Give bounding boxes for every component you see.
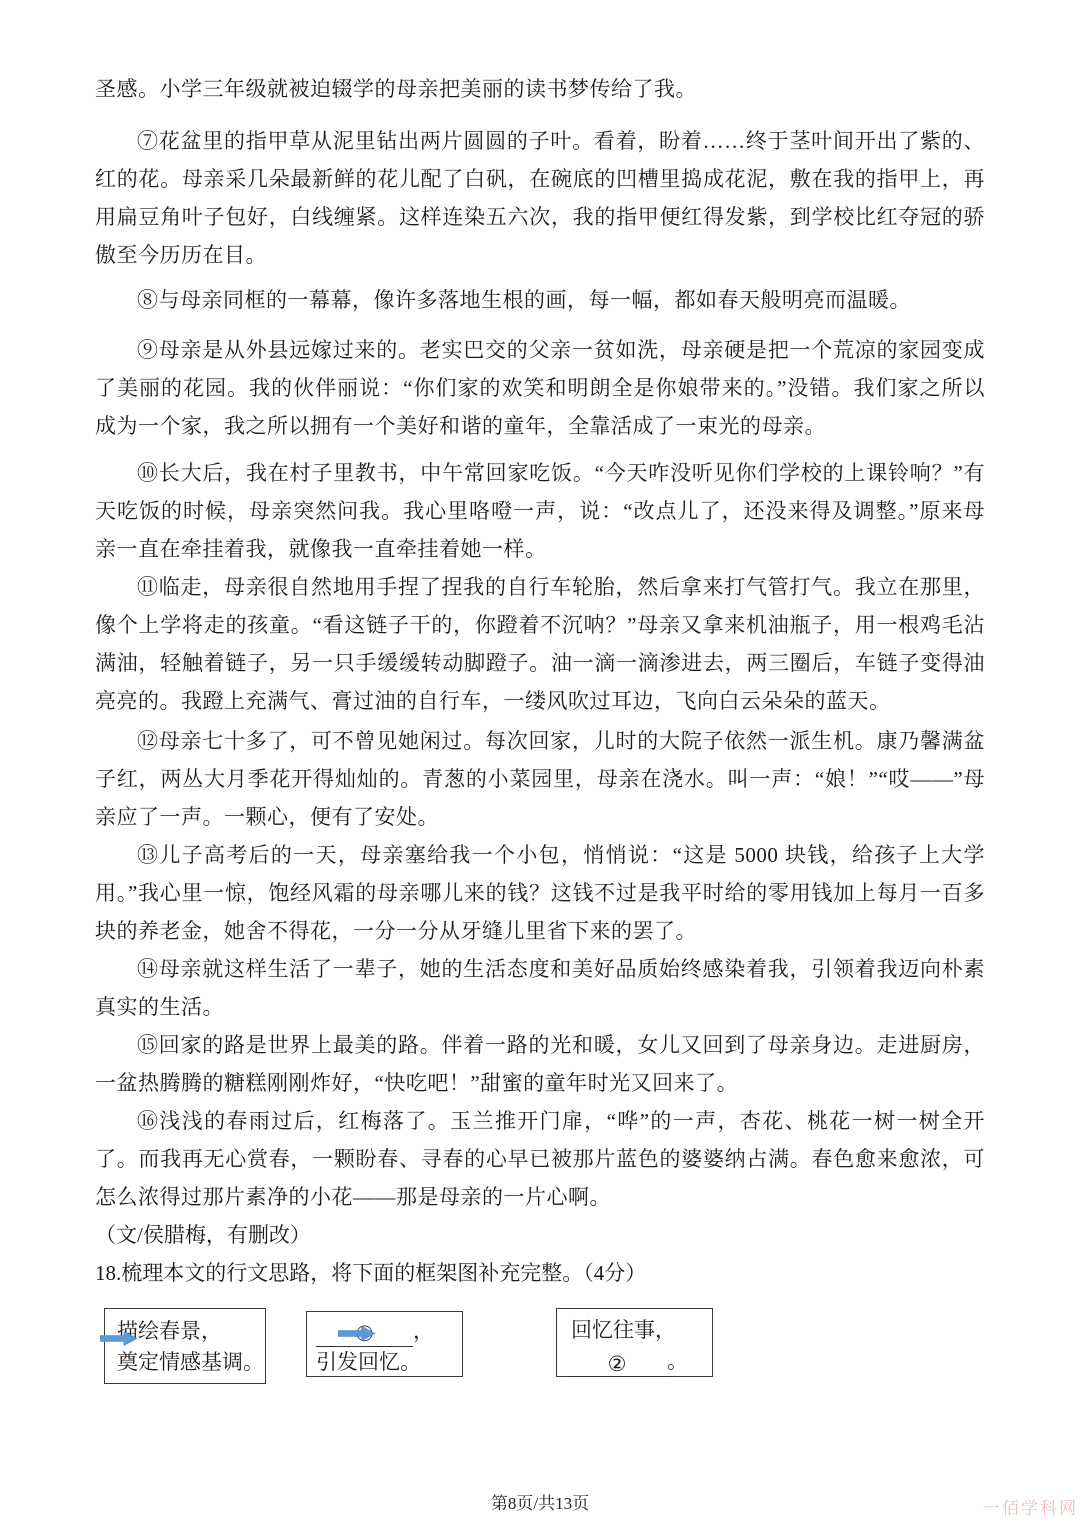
question-18: 18.梳理本文的行文思路，将下面的框架图补充完整。（4分） xyxy=(95,1254,985,1292)
flow-box-3-period: 。 xyxy=(667,1349,688,1373)
paragraph-8: ⑧与母亲同框的一幕幕，像许多落地生根的画，每一幅，都如春天般明亮而温暖。 xyxy=(95,281,985,319)
flow-box-2-line-2: 引发回忆。 xyxy=(316,1347,462,1378)
answer-blank-2: ② xyxy=(567,1351,667,1377)
flow-box-blank-2: 回忆往事， ②。 xyxy=(556,1308,713,1377)
watermark: 一佰学科网 xyxy=(983,1494,1078,1519)
circled-2-label: ② xyxy=(608,1352,627,1376)
flow-box-2-comma: ， xyxy=(413,1319,434,1343)
paragraph-9: ⑨母亲是从外县远嫁过来的。老实巴交的父亲一贫如洗，母亲硬是把一个荒凉的家园变成了… xyxy=(95,331,985,445)
paragraph-13: ⑬儿子高考后的一天，母亲塞给我一个小包，悄悄说：“这是 5000 块钱，给孩子上… xyxy=(95,836,985,950)
right-arrow-icon xyxy=(100,1331,138,1346)
flowchart-diagram: 描绘春景， 奠定情感基调。 ①， 引发回忆。 回忆往事， ②。 xyxy=(95,1296,985,1406)
flow-box-1-line-2: 奠定情感基调。 xyxy=(117,1347,265,1378)
exam-page: 圣感。小学三年级就被迫辍学的母亲把美丽的读书梦传给了我。 ⑦花盆里的指甲草从泥里… xyxy=(0,0,1080,1527)
paragraph-11: ⑪临走，母亲很自然地用手捏了捏我的自行车轮胎，然后拿来打气管打气。我立在那里，像… xyxy=(95,568,985,720)
flow-box-3-line-1: 回忆往事， xyxy=(571,1315,712,1346)
flow-box-1-line-1: 描绘春景， xyxy=(117,1316,265,1347)
paragraph-15: ⑮回家的路是世界上最美的路。伴着一路的光和暖，女儿又回到了母亲身边。走进厨房，一… xyxy=(95,1026,985,1102)
flow-box-spring-scene: 描绘春景， 奠定情感基调。 xyxy=(104,1308,266,1384)
paragraph-16: ⑯浅浅的春雨过后，红梅落了。玉兰推开门扉，“哗”的一声，杏花、桃花一树一树全开了… xyxy=(95,1102,985,1216)
flow-box-3-line-2: ②。 xyxy=(571,1346,712,1377)
paragraph-10: ⑩长大后，我在村子里教书，中午常回家吃饭。“今天咋没听见你们学校的上课铃响？”有… xyxy=(95,454,985,568)
author-attribution: （文/侯腊梅，有删改） xyxy=(95,1216,985,1254)
page-number: 第8页/共13页 xyxy=(0,1489,1080,1514)
paragraph-12: ⑫母亲七十多了，可不曾见她闲过。每次回家，儿时的大院子依然一派生机。康乃馨满盆子… xyxy=(95,722,985,836)
paragraph-continuation: 圣感。小学三年级就被迫辍学的母亲把美丽的读书梦传给了我。 xyxy=(95,70,985,108)
passage-content: 圣感。小学三年级就被迫辍学的母亲把美丽的读书梦传给了我。 ⑦花盆里的指甲草从泥里… xyxy=(95,70,985,1406)
flow-box-blank-1: ①， 引发回忆。 xyxy=(306,1311,463,1377)
paragraph-7: ⑦花盆里的指甲草从泥里钻出两片圆圆的子叶。看着，盼着……终于茎叶间开出了紫的、红… xyxy=(95,122,985,274)
right-arrow-icon xyxy=(338,1326,376,1341)
paragraph-14: ⑭母亲就这样生活了一辈子，她的生活态度和美好品质始终感染着我，引领着我迈向朴素真… xyxy=(95,950,985,1026)
